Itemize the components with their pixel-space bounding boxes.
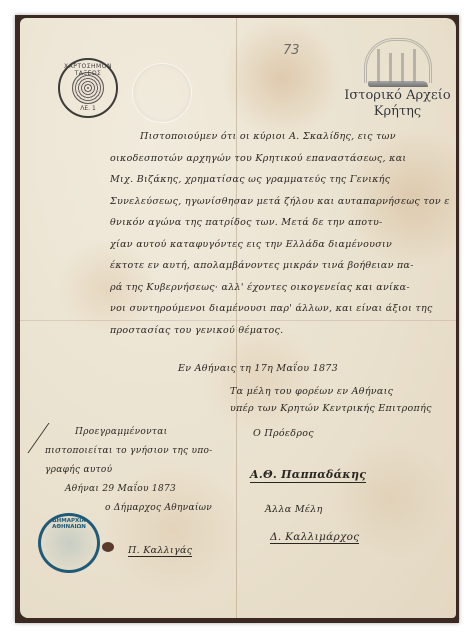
archive-name-line1: Ιστορικό Αρχείο [340,89,455,103]
revenue-stamp: ΧΑΡΤΟΣΗΜΟΝ ΤΑΞΕΩΣ ΛΕ. 1 [58,58,118,118]
body-line: οικοδεσποτών αρχηγών του Κρητικού επανασ… [110,148,450,170]
president-label: Ο Πρόεδρος [253,428,314,439]
member-signature: Δ. Καλλιμάρχος [270,531,359,544]
revenue-stamp-label: ΧΑΡΤΟΣΗΜΟΝ ΤΑΞΕΩΣ [60,63,116,77]
members-label: Άλλα Μέλη [265,504,323,515]
folio-number: 73 [283,43,300,58]
body-line: Πιστοποιούμεν ότι οι κύριοι Α. Σκαλίδης,… [110,126,450,148]
archive-watermark: Ιστορικό Αρχείο Κρήτης [340,38,455,119]
embossed-seal [132,63,192,123]
body-line: ρά της Κυβερνήσεως· αλλ' έχοντες οικογεν… [110,277,450,299]
certificate-body: Πιστοποιούμεν ότι οι κύριοι Α. Σκαλίδης,… [110,126,450,341]
authentication-note: Προεγραμμένονται πιστοποιείται το γνήσιο… [45,423,213,518]
document-paper: 73 ΧΑΡΤΟΣΗΜΟΝ ΤΑΞΕΩΣ ΛΕ. 1 Ιστορικό Αρχε… [20,18,456,618]
note-line: Αθήναι 29 Μαΐου 1873 [45,480,213,499]
body-line: Συνελεύσεως, ηγωνίσθησαν μετά ζήλου και … [110,191,450,213]
note-line: Προεγραμμένονται [45,423,213,442]
body-line: Μιχ. Βιζάκης, χρηματίσας ως γραμματεύς τ… [110,169,450,191]
archive-name-line2: Κρήτης [340,105,455,119]
mayor-signature: Π. Καλλιγάς [128,545,192,557]
body-line: θνικόν αγώνα της πατρίδος των. Μετά δε τ… [110,212,450,234]
note-line: γραφής αυτού [45,461,213,480]
archive-logo-icon [364,38,432,83]
body-line: νοι συντηρούμενοι διαμένουσι παρ' άλλων,… [110,298,450,320]
note-line: πιστοποιείται το γνήσιον της υπο- [45,442,213,461]
president-signature: Α.Θ. Παππαδάκης [250,468,366,483]
municipal-stamp-label: ΔΗΜΑΡΧΙΑ ΑΘΗΝΑΙΩΝ [41,518,97,530]
revenue-stamp-value: ΛΕ. 1 [60,105,116,112]
signatories-heading: Τα μέλη του φορέων εν Αθήναις υπέρ των Κ… [230,383,432,417]
ink-blot [102,542,114,552]
signatories-heading-line: Τα μέλη του φορέων εν Αθήναις [230,383,432,400]
body-line: έκτοτε εν αυτή, απολαμβάνοντες μικράν τι… [110,255,450,277]
body-line: χίαν αυτού καταφυγόντες εις την Ελλάδα δ… [110,234,450,256]
body-line: προστασίας του γενικού θέματος. [110,320,450,342]
municipal-stamp: ΔΗΜΑΡΧΙΑ ΑΘΗΝΑΙΩΝ [38,513,100,573]
date-line: Εν Αθήναις τη 17η Μαΐου 1873 [178,363,338,374]
signatories-heading-line: υπέρ των Κρητών Κεντρικής Επιτροπής [230,400,432,417]
